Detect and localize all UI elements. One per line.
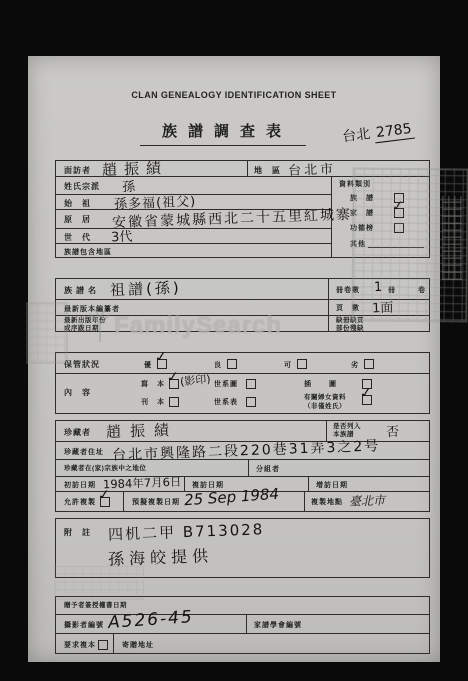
interviewer-value: 趙振績 xyxy=(102,157,169,180)
checkbox-pedigree-chart xyxy=(246,379,256,389)
first-visit-label: 初訪日期 xyxy=(64,480,96,490)
divider xyxy=(184,476,185,491)
checkbox-request-copy xyxy=(98,640,108,650)
ref-place: 台北 xyxy=(341,126,371,145)
checkbox-fair xyxy=(297,359,307,369)
other-blank-line xyxy=(368,240,424,248)
pages-label: 頁 數 xyxy=(336,303,360,313)
ref-number: 2785 xyxy=(373,121,415,144)
request-copy-label: 要求複本 xyxy=(64,640,96,650)
notes-label: 附 註 xyxy=(64,527,91,538)
pub-year-label-1: 最新出版年份 xyxy=(64,317,106,325)
volumes-value: 1 xyxy=(374,280,383,295)
coverage-label: 族譜包含地區 xyxy=(64,247,112,257)
divider xyxy=(308,476,309,491)
checkbox-gongdebang xyxy=(394,223,404,233)
donor-date-label: 贈予者簽授權書日期 xyxy=(64,602,127,610)
condition-option-label: 劣 xyxy=(351,360,359,370)
content-item-label: 插圖 xyxy=(304,379,354,389)
checkbox-permission: ✓ xyxy=(100,497,110,507)
english-title: CLAN GENEALOGY IDENTIFICATION SHEET xyxy=(28,90,440,100)
checkmark-icon: ✓ xyxy=(96,486,113,503)
note-line-2: 孫海皎提供 xyxy=(108,543,214,570)
checkbox-manuscript: ✓ xyxy=(169,379,179,389)
checkbox-poor xyxy=(364,359,374,369)
category-item-label: 族 譜 xyxy=(350,193,374,203)
content-label: 內 容 xyxy=(64,387,91,398)
added-visit-label: 增訪日期 xyxy=(316,480,348,490)
position-label: 珍藏者在(家)宗族中之地位 xyxy=(64,465,146,473)
first-ancestor-label: 始 祖 xyxy=(64,198,91,209)
generations-label: 世 代 xyxy=(64,232,91,243)
origin-label: 原 居 xyxy=(64,214,91,225)
section-notes: 附 註 四机二甲 B713028 孫海皎提供 xyxy=(55,518,430,578)
section-condition: 保管狀況 優 ✓ 良 可 劣 內 容 寫 本 ✓ (影印) 世系圖 插圖 刊 本… xyxy=(55,352,430,414)
pages-value: 1面 xyxy=(372,297,394,317)
area-label: 地 區 xyxy=(254,165,281,176)
area-value: 台北市 xyxy=(288,158,337,179)
interviewer-label: 面訪者 xyxy=(64,165,91,176)
photographer-no-label: 攝影者編號 xyxy=(64,620,104,630)
divider xyxy=(328,279,329,331)
missing-label-1: 缺冊缺頁 xyxy=(336,317,364,325)
row-generations xyxy=(56,228,331,244)
checkbox-women-data: ✓ xyxy=(362,395,372,405)
checkbox-excellent: ✓ xyxy=(157,359,167,369)
content-item-label: 世系圖 xyxy=(214,379,238,389)
holder-label: 珍藏者 xyxy=(64,427,91,438)
checkbox-good xyxy=(227,359,237,369)
copy-place-label: 複製地點 xyxy=(311,497,343,507)
checkbox-pedigree-table xyxy=(246,397,256,407)
divider xyxy=(304,491,305,511)
category-item-label: 家 譜 xyxy=(350,208,374,218)
send-address-label: 寄贈地址 xyxy=(122,640,154,650)
section-numbering: 贈予者簽授權書日期 攝影者編號 A526-45 家譜學會編號 要求複本 寄贈地址 xyxy=(55,596,430,654)
genealogy-form-paper: CLAN GENEALOGY IDENTIFICATION SHEET 族譜調查… xyxy=(28,56,440,662)
copy-place-value: 臺北市 xyxy=(349,491,386,509)
compiler-label: 最新版本編纂者 xyxy=(64,304,120,314)
section-clan-info: 面訪者 趙振績 地 區 台北市 姓氏宗派 孫 始 祖 孫多福(祖父) 原 居 安… xyxy=(55,160,430,258)
content-item-label: 有關婦女資料 xyxy=(304,394,346,402)
content-item-label: 寫 本 xyxy=(141,379,165,389)
pub-year-label-2: 或序跋日期 xyxy=(64,325,99,333)
condition-option-label: 優 xyxy=(144,360,152,370)
condition-label: 保管狀況 xyxy=(64,359,100,370)
checkmark-icon: ✓ xyxy=(358,384,375,401)
surname-label: 姓氏宗派 xyxy=(64,181,100,192)
chinese-title: 族譜調查表 xyxy=(140,120,306,146)
scanned-document-frame: CLAN GENEALOGY IDENTIFICATION SHEET 族譜調查… xyxy=(0,0,468,681)
volumes-label: 冊卷數 xyxy=(336,285,360,295)
checkbox-jiapu: ✓ xyxy=(394,208,404,218)
seal-watermark-margin xyxy=(442,196,462,280)
divider xyxy=(246,614,247,633)
checkbox-printed xyxy=(169,397,179,407)
content-item-label: 世系表 xyxy=(214,397,238,407)
manuscript-note: (影印) xyxy=(179,370,211,389)
note-line-1: 四机二甲 B713028 xyxy=(108,518,265,544)
permission-label: 允許複製 xyxy=(64,497,96,507)
holder-value: 趙振績 xyxy=(106,419,179,443)
address-label: 珍藏者住址 xyxy=(64,447,104,457)
content-item-label: 刊 本 xyxy=(141,397,165,407)
listed-value: 否 xyxy=(386,421,400,440)
volumes-unit-1: 冊 xyxy=(388,285,396,295)
section-holder: 珍藏者 趙振績 是否列入 本族譜 否 珍藏者住址 台北市興隆路二段220巷31弄… xyxy=(55,420,430,512)
divider xyxy=(247,161,248,176)
category-item-label: 功德榜 xyxy=(350,223,374,233)
title-label: 族譜名 xyxy=(64,285,100,296)
missing-label-2: 部份殘缺 xyxy=(336,325,364,333)
volumes-unit-2: 卷 xyxy=(418,285,426,295)
planned-copy-date-label: 預擬複製日期 xyxy=(132,497,180,507)
listed-label-1: 是否列入 xyxy=(333,423,361,431)
title-value: 祖譜(孫) xyxy=(110,277,182,300)
divider xyxy=(123,491,124,511)
checkmark-icon: ✓ xyxy=(390,197,407,214)
condition-option-label: 良 xyxy=(214,360,222,370)
checkmark-icon: ✓ xyxy=(165,368,182,385)
society-no-label: 家譜學會編號 xyxy=(254,620,302,630)
grouper-label: 分組者 xyxy=(256,464,280,474)
section-genealogy-title: 族譜名 祖譜(孫) 最新版本編纂者 最新出版年份 或序跋日期 冊卷數 1 冊 卷… xyxy=(55,278,430,332)
divider xyxy=(248,459,249,476)
category-title: 資料類別 xyxy=(339,179,371,189)
women-data-note: （非僅姓氏） xyxy=(304,403,346,411)
category-other-label: 其他 xyxy=(350,239,366,249)
generations-value: 3代 xyxy=(111,226,133,246)
condition-option-label: 可 xyxy=(284,360,292,370)
divider xyxy=(113,633,114,653)
first-visit-value: 1984年7月6日 xyxy=(103,474,182,493)
handwritten-ref-number: 台北2785 xyxy=(341,118,415,147)
